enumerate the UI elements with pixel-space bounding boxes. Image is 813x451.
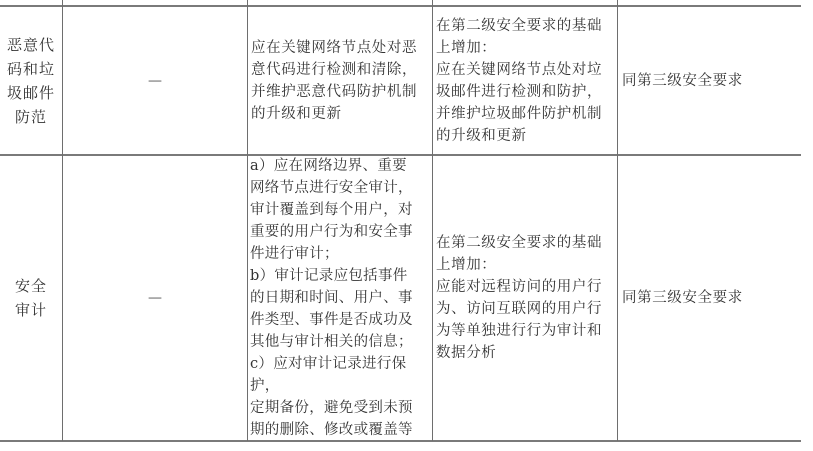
requirement-text: 应在关键网络节点处对恶 意代码进行检测和清除， 并维护恶意代码防护机制 的升级和… <box>251 37 417 125</box>
item-name: 恶意代 码和垃 圾邮件 防范 <box>7 33 55 129</box>
column-divider-3 <box>432 0 433 441</box>
item-name: 安全 审计 <box>15 274 47 322</box>
table-row-malware-level4-cell: 同第三级安全要求 <box>622 7 802 154</box>
table-row-malware-item-cell: 恶意代 码和垃 圾邮件 防范 <box>0 7 62 154</box>
requirement-text: 在第二级安全要求的基础 上增加： 应能对远程访问的用户行 为、访问互联网的用户行… <box>436 232 602 364</box>
requirement-text: 在第二级安全要求的基础 上增加： 应在关键网络节点处对垃 圾邮件进行检测和防护，… <box>436 15 602 147</box>
requirement-text: 同第三级安全要求 <box>622 70 743 92</box>
table-row-malware-level3-cell: 在第二级安全要求的基础 上增加： 应在关键网络节点处对垃 圾邮件进行检测和防护，… <box>436 7 617 154</box>
column-divider-2 <box>247 0 248 441</box>
table-row-audit-level1-cell: — <box>63 156 247 440</box>
column-divider-4 <box>617 0 618 441</box>
table-row-audit-level4-cell: 同第三级安全要求 <box>622 156 802 440</box>
table-row-malware-level2-cell: 应在关键网络节点处对恶 意代码进行检测和清除， 并维护恶意代码防护机制 的升级和… <box>251 7 432 154</box>
table-row-audit-item-cell: 安全 审计 <box>0 156 62 440</box>
requirement-text: 同第三级安全要求 <box>622 287 743 309</box>
table-row-malware-level1-cell: — <box>63 7 247 154</box>
requirement-text: a）应在网络边界、重要 网络节点进行安全审计， 审计覆盖到每个用户，对 重要的用… <box>250 155 432 441</box>
table-row-audit-level2-cell: a）应在网络边界、重要 网络节点进行安全审计， 审计覆盖到每个用户，对 重要的用… <box>250 156 432 440</box>
not-applicable-dash: — <box>148 290 162 306</box>
table-row-audit-level3-cell: 在第二级安全要求的基础 上增加： 应能对远程访问的用户行 为、访问互联网的用户行… <box>436 156 617 440</box>
not-applicable-dash: — <box>148 73 162 89</box>
